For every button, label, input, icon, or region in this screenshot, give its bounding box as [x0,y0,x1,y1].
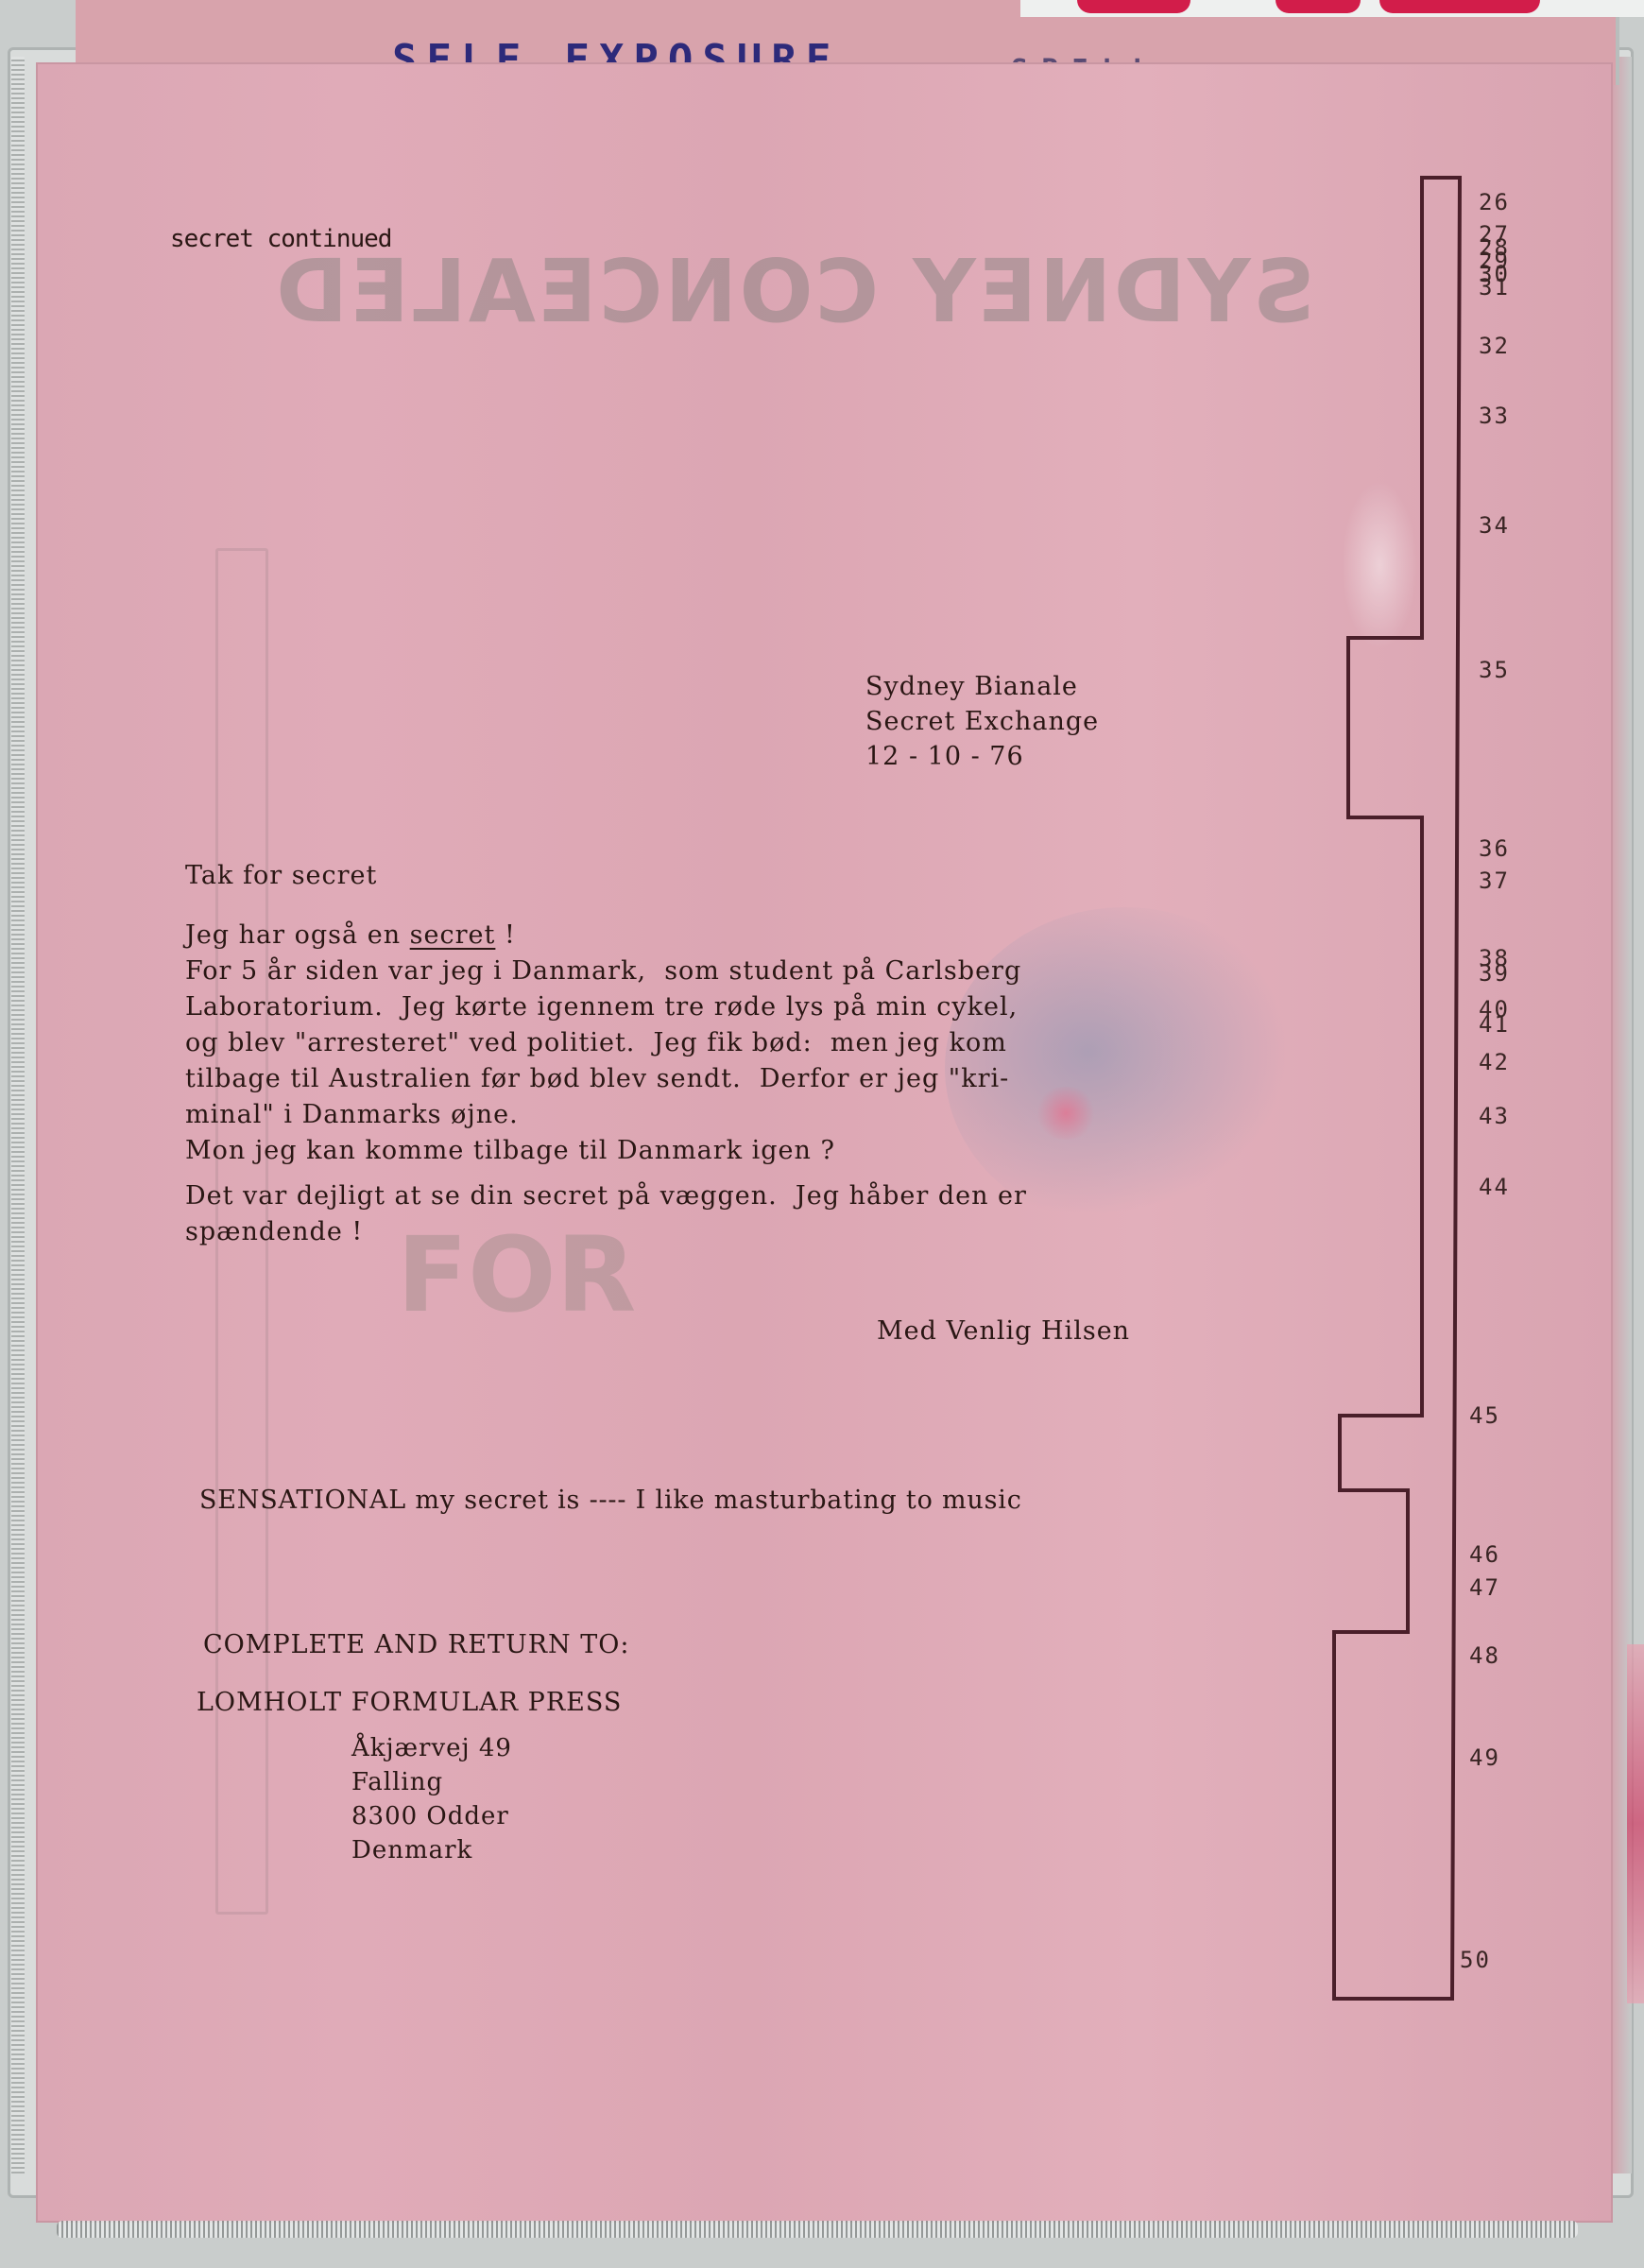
line-number: 48 [1469,1642,1500,1669]
line-number: 31 [1479,274,1510,301]
line-number: 32 [1479,333,1510,359]
line-number: 46 [1469,1541,1500,1568]
line-number: 50 [1460,1947,1491,1973]
line-number: 39 [1479,960,1510,987]
stepped-line-scale-outline [0,0,1644,2268]
line-number: 34 [1479,512,1510,539]
line-number: 35 [1479,657,1510,683]
line-number: 49 [1469,1744,1500,1771]
line-number: 44 [1479,1174,1510,1200]
line-number: 42 [1479,1049,1510,1075]
line-number: 43 [1479,1103,1510,1129]
line-number: 45 [1469,1402,1500,1429]
line-number: 36 [1479,835,1510,862]
line-number: 26 [1479,189,1510,215]
line-number: 37 [1479,868,1510,894]
line-number: 41 [1479,1011,1510,1038]
sleeve-binding-bottom [57,2221,1578,2238]
line-number: 33 [1479,403,1510,429]
line-number: 47 [1469,1574,1500,1601]
